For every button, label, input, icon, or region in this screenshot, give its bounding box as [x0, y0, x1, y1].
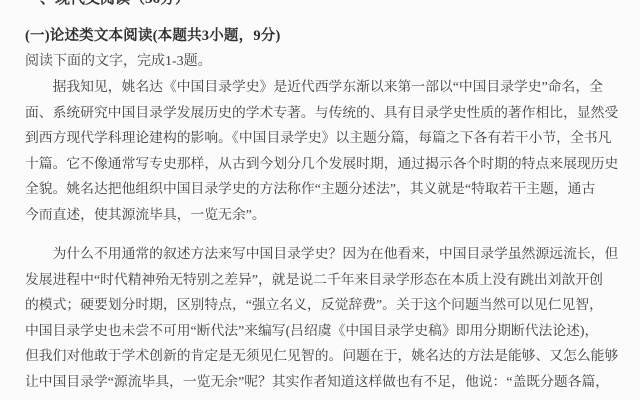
text-line: 让中国目录学“源流毕具，一览无余”呢？其实作者知道这样做也有不足，他说：“盖既分…	[25, 369, 630, 395]
reading-instruction: 阅读下面的文字，完成1-3题。	[25, 53, 212, 71]
text-line: 今而直述，使其源流毕具，一览无余”。	[25, 202, 630, 228]
text-line: 十篇。它不像通常写专史那样，从古到今划分几个发展时期，通过揭示各个时期的特点来展…	[25, 151, 630, 177]
passage-paragraph-1: 据我知见，姚名达《中国目录学史》是近代西学东渐以来第一部以“中国目录学史”命名，…	[25, 74, 630, 227]
text-line: 为什么不用通常的叙述方法来写中国目录学史？因为在他看来，中国目录学虽然源远流长，…	[25, 241, 630, 267]
text-line: 的模式；硬要划分时期，区别特点，“强立名义，反觉辞费”。关于这个问题当然可以见仁…	[25, 292, 630, 318]
section-title-clipped: 一、现代文阅读（36分）	[25, 0, 190, 7]
passage-paragraph-2: 为什么不用通常的叙述方法来写中国目录学史？因为在他看来，中国目录学虽然源远流长，…	[25, 241, 630, 394]
text-line: 据我知见，姚名达《中国目录学史》是近代西学东渐以来第一部以“中国目录学史”命名，…	[25, 74, 630, 100]
text-line: 面、系统研究中国目录学发展历史的学术专著。与传统的、具有目录学史性质的著作相比，…	[25, 100, 630, 126]
subsection-heading: (一)论述类文本阅读(本题共3小题，9分)	[25, 28, 281, 45]
text-line: 发展进程中“时代精神殆无特别之差异”，就是说二千年来目录学形态在本质上没有跳出刘…	[25, 267, 630, 293]
text-line: 但我们对他敢于学术创新的肯定是无须见仁见智的。问题在于，姚名达的方法是能够、又怎…	[25, 343, 630, 369]
text-line: 全貌。姚名达把他组织中国目录学史的方法称作“主题分述法”，其义就是“特取若干主题…	[25, 176, 630, 202]
exam-document-page: 一、现代文阅读（36分） (一)论述类文本阅读(本题共3小题，9分) 阅读下面的…	[0, 0, 640, 400]
text-line: 中国目录学史也未尝不可用“断代法”来编写(吕绍虞《中国目录学史稿》即用分期断代法…	[25, 318, 630, 344]
text-line: 到西方现代学科理论建构的影响。《中国目录学史》以主题分篇，每篇之下各有若干小节，…	[25, 125, 630, 151]
